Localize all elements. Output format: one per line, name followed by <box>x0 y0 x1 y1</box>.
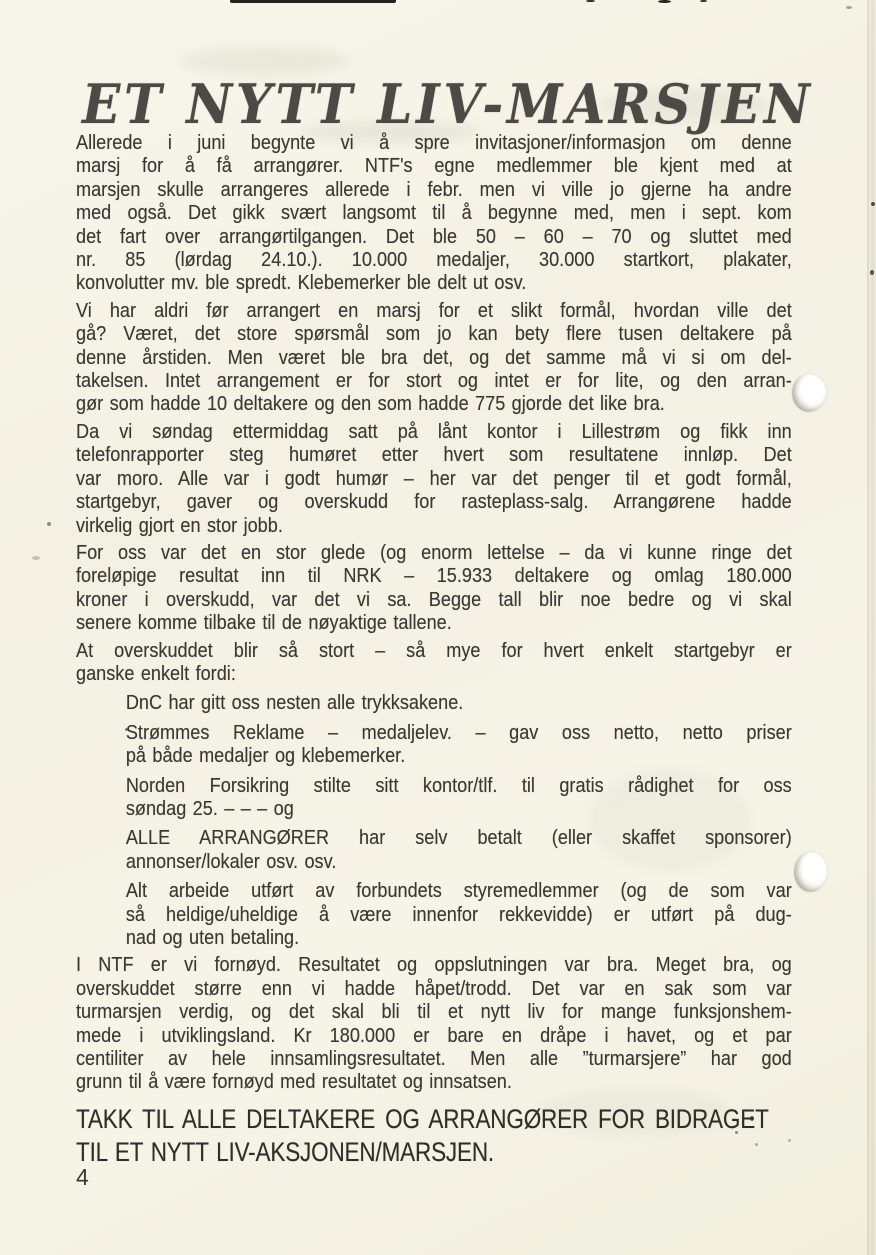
hole-punch-top <box>792 374 826 412</box>
scan-speck <box>658 0 671 3</box>
text-line: marsj for å få arrangører. NTF's egne me… <box>76 155 792 178</box>
text-line: denne årstiden. Men været ble bra det, o… <box>76 347 792 370</box>
text-line: At overskuddet blir så stort – så mye fo… <box>76 640 792 663</box>
paragraph: TAKK TIL ALLE DELTAKERE OG ARRANGØRER FO… <box>76 1103 769 1169</box>
text-line: telefonrapporter steg humøret etter hver… <box>76 444 792 467</box>
text-line: takelsen. Intet arrangement er for stort… <box>76 370 792 393</box>
text-line: TIL ET NYTT LIV-AKSJONEN/MARSJEN. <box>76 1136 769 1169</box>
text-line: foreløpige resultat inn til NRK – 15.933… <box>76 565 792 588</box>
scan-speck <box>870 270 874 275</box>
text-line: TAKK TIL ALLE DELTAKERE OG ARRANGØRER FO… <box>76 1103 769 1136</box>
paragraph: Allerede i juni begynte vi å spre invita… <box>76 132 792 296</box>
text-line: turmarsjen verdig, og det skal bli til e… <box>76 1001 792 1024</box>
text-line: det fart over arrangørtilgangen. Det ble… <box>76 226 792 249</box>
scan-speck <box>32 556 40 560</box>
top-edge-mark <box>230 0 396 3</box>
paragraph: For oss var det en stor glede (og enorm … <box>76 542 792 636</box>
text-line: grunn til å være fornøyd med resultatet … <box>76 1071 792 1094</box>
text-line: senere komme tilbake til de nøyaktige ta… <box>76 612 792 635</box>
text-line: kroner i overskudd, var det vi sa. Begge… <box>76 589 792 612</box>
paragraph: At overskuddet blir så stort – så mye fo… <box>76 640 792 687</box>
text-line: overskuddet større enn vi hadde håpet/tr… <box>76 978 792 1001</box>
text-line: marsjen skulle arrangeres allerede i feb… <box>76 179 792 202</box>
scan-speck <box>47 522 51 526</box>
scan-speck <box>846 6 852 9</box>
text-line: Da vi søndag ettermiddag satt på lånt ko… <box>76 421 792 444</box>
text-line: For oss var det en stor glede (og enorm … <box>76 542 792 565</box>
text-line: mede i utviklingsland. Kr 180.000 er bar… <box>76 1025 792 1048</box>
text-line: Strømmes Reklame – medaljelev. – gav oss… <box>126 722 792 745</box>
paragraph: Alt arbeide utført av forbundets styreme… <box>126 880 792 950</box>
text-line: gør som hadde 10 deltakere og den som ha… <box>76 393 792 416</box>
text-line: med også. Det gikk svært langsomt til å … <box>76 202 792 225</box>
text-line: gå? Været, det store spørsmål som jo kan… <box>76 323 792 346</box>
scan-speck <box>700 0 707 2</box>
article-body: Allerede i juni begynte vi å spre invita… <box>76 132 792 1169</box>
text-line: Alt arbeide utført av forbundets styreme… <box>126 880 792 903</box>
text-line: startgebyr, gaver og overskudd for raste… <box>76 491 792 514</box>
paragraph: Vi har aldri før arrangert en marsj for … <box>76 300 792 417</box>
text-line: Norden Forsikring stilte sitt kontor/tlf… <box>126 775 792 798</box>
text-line: nr. 85 (lørdag 24.10.). 10.000 medaljer,… <box>76 249 792 272</box>
text-line: centiliter av hele innsamlingsresultatet… <box>76 1048 792 1071</box>
text-line: I NTF er vi fornøyd. Resultatet og oppsl… <box>76 954 792 977</box>
scan-speck <box>871 202 875 206</box>
page-edge-shadow <box>868 0 876 1255</box>
hole-punch-bottom <box>794 852 827 892</box>
paragraph: Strømmes Reklame – medaljelev. – gav oss… <box>126 722 792 769</box>
text-line: så heldige/uheldige å være innenfor rekk… <box>126 904 792 927</box>
text-line: var moro. Alle var i godt humør – her va… <box>76 468 792 491</box>
paragraph: Da vi søndag ettermiddag satt på lånt ko… <box>76 421 792 538</box>
text-line: nad og uten betaling. <box>126 927 792 950</box>
text-line: DnC har gitt oss nesten alle trykksakene… <box>126 692 792 715</box>
paragraph: DnC har gitt oss nesten alle trykksakene… <box>126 692 792 715</box>
paragraph: Norden Forsikring stilte sitt kontor/tlf… <box>126 775 792 822</box>
text-line: virkelig gjort en stor jobb. <box>76 515 792 538</box>
article-title: ET NYTT LIV-MARSJEN <box>82 80 742 128</box>
paragraph: ALLE ARRANGØRER har selv betalt (eller s… <box>126 827 792 874</box>
text-line: søndag 25. – – – og <box>126 798 792 821</box>
scan-speck <box>586 0 595 2</box>
text-line: Vi har aldri før arrangert en marsj for … <box>76 300 792 323</box>
scanned-page: ET NYTT LIV-MARSJEN Allerede i juni begy… <box>0 0 876 1255</box>
text-line: annonser/lokaler osv. osv. <box>126 851 792 874</box>
page-number: 4 <box>76 1164 89 1191</box>
text-line: på både medaljer og klebemerker. <box>126 745 792 768</box>
article: ET NYTT LIV-MARSJEN Allerede i juni begy… <box>76 80 792 1169</box>
text-line: ganske enkelt fordi: <box>76 663 792 686</box>
text-line: ALLE ARRANGØRER har selv betalt (eller s… <box>126 827 792 850</box>
text-line: Allerede i juni begynte vi å spre invita… <box>76 132 792 155</box>
paragraph: I NTF er vi fornøyd. Resultatet og oppsl… <box>76 954 792 1094</box>
text-line: konvolutter mv. ble spredt. Klebemerker … <box>76 272 792 295</box>
